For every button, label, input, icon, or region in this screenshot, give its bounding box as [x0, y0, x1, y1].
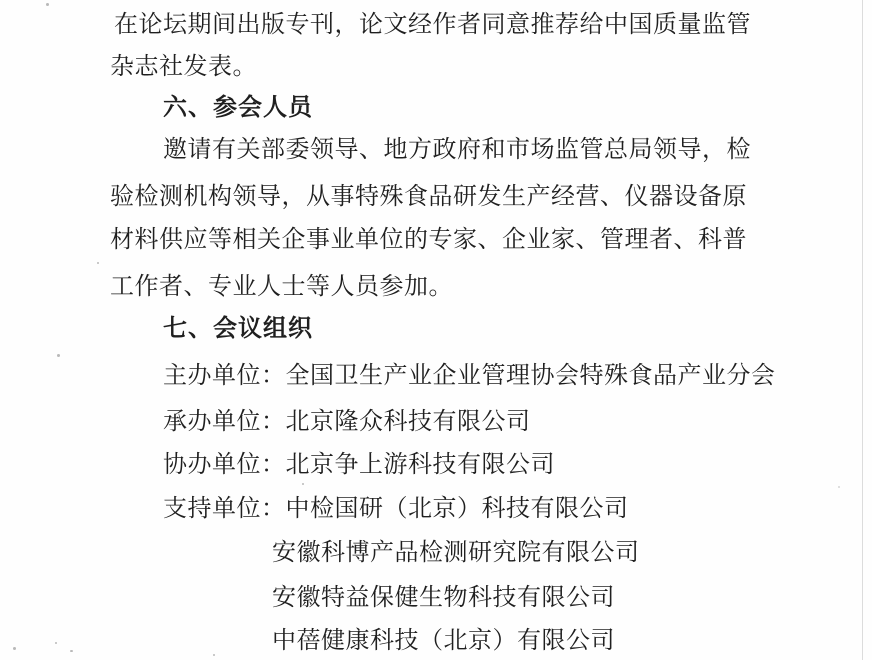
scan-speck [70, 650, 73, 652]
scan-speck [838, 486, 840, 488]
paragraph-continuation-line-2: 杂志社发表。 [110, 51, 257, 84]
scan-speck [46, 3, 49, 6]
scan-speck [57, 354, 60, 357]
organizer-co-organizer-line: 协办单位：北京争上游科技有限公司 [163, 449, 555, 482]
section-6-paragraph-line-4: 工作者、专业人士等人员参加。 [110, 271, 453, 304]
scan-speck [55, 642, 57, 644]
section-7-heading: 七、会议组织 [163, 312, 313, 345]
organizer-host-line: 主办单位：全国卫生产业企业管理协会特殊食品产业分会 [163, 360, 776, 393]
section-6-paragraph-line-1: 邀请有关部委领导、地方政府和市场监管总局领导，检 [163, 134, 751, 167]
scan-speck [302, 483, 304, 485]
organizer-supporter-line-4: 中蓓健康科技（北京）有限公司 [272, 625, 615, 658]
scan-speck [97, 262, 99, 264]
scan-speck [13, 647, 16, 650]
scanned-document-page: 在论坛期间出版专刊，论文经作者同意推荐给中国质量监管 杂志社发表。 六、参会人员… [0, 0, 872, 660]
section-6-paragraph-line-3: 材料供应等相关企事业单位的专家、企业家、管理者、科普 [110, 224, 747, 257]
organizer-supporter-line-1: 支持单位：中检国研（北京）科技有限公司 [163, 493, 629, 526]
organizer-undertaker-line: 承办单位：北京隆众科技有限公司 [163, 406, 531, 439]
organizer-supporter-line-3: 安徽特益保健生物科技有限公司 [272, 582, 615, 615]
paragraph-continuation-line-1: 在论坛期间出版专刊，论文经作者同意推荐给中国质量监管 [114, 9, 751, 42]
organizer-supporter-line-2: 安徽科博产品检测研究院有限公司 [272, 537, 640, 570]
section-6-heading: 六、参会人员 [163, 91, 313, 124]
section-6-paragraph-line-2: 验检测机构领导，从事特殊食品研发生产经营、仪器设备原 [110, 181, 747, 214]
scan-speck [213, 654, 215, 656]
scan-edge-line [862, 0, 863, 660]
